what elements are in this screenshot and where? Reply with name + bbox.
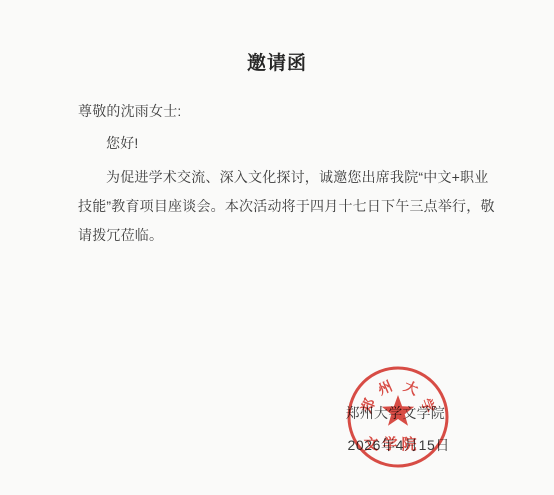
seal-ring-char-3: 大 bbox=[401, 378, 420, 398]
body-paragraph-line-3: 请拨冗莅临。 bbox=[78, 228, 163, 243]
document-title: 邀请函 bbox=[0, 54, 554, 73]
body-paragraph-line-2: 技能”教育项目座谈会。本次活动将于四月十七日下午三点举行，敬 bbox=[78, 199, 495, 214]
body-paragraph-line-1: 为促进学术交流、深入文化探讨，诚邀您出席我院“中文+职业 bbox=[106, 170, 488, 185]
salutation-line: 您好! bbox=[106, 136, 139, 151]
invitation-letter-page: 邀请函 尊敬的沈雨女士: 您好! 为促进学术交流、深入文化探讨，诚邀您出席我院“… bbox=[0, 0, 554, 495]
seal-ring-char-2: 州 bbox=[375, 378, 394, 398]
signature-org-name: 郑州大学文学院 bbox=[346, 406, 445, 421]
signature-date: 2026年4月15日 bbox=[347, 438, 450, 453]
greeting-line: 尊敬的沈雨女士: bbox=[78, 104, 182, 119]
